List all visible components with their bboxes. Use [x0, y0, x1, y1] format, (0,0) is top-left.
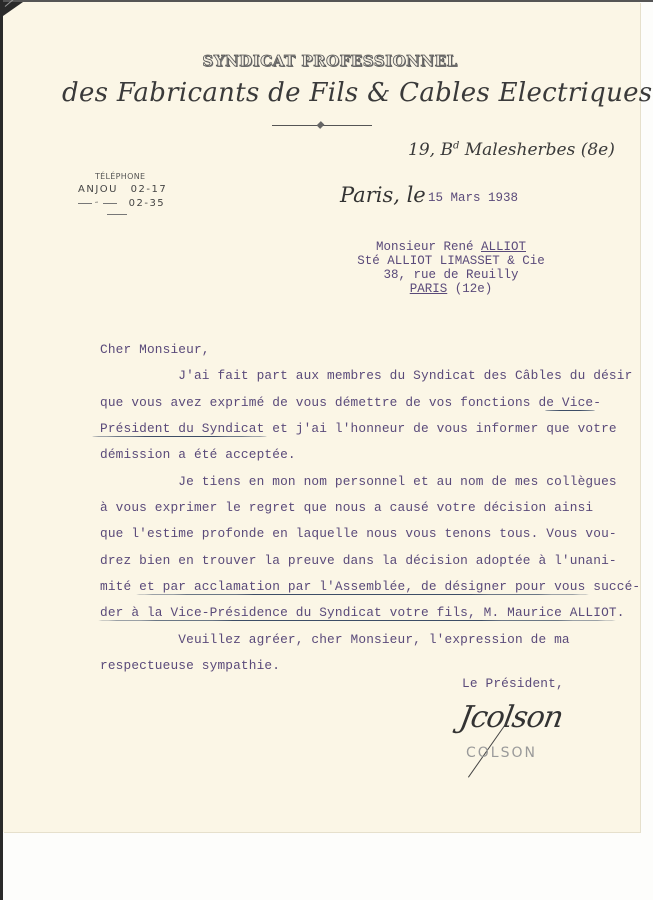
- body-line: mité et par acclamation par l'Assemblée,…: [100, 579, 640, 594]
- recipient-line-4: PARIS (12e): [300, 282, 602, 296]
- body-line: Je tiens en mon nom personnel et au nom …: [100, 474, 617, 489]
- pen-underline: [97, 620, 617, 621]
- letterhead-title: SYNDICAT PROFESSIONNEL: [170, 52, 490, 70]
- recipient-line-3: 38, rue de Reuilly: [300, 268, 602, 282]
- body-line: der à la Vice-Présidence du Syndicat vot…: [100, 605, 625, 620]
- body-line: à vous exprimer le regret que nous a cau…: [100, 500, 593, 515]
- body-line: démission a été acceptée.: [100, 447, 296, 462]
- telephone-exchange: ANJOU: [78, 184, 118, 195]
- salutation: Cher Monsieur,: [100, 342, 210, 357]
- body-line: que l'estime profonde en laquelle nous v…: [100, 526, 617, 541]
- dateline-place: Paris, le: [340, 183, 426, 207]
- telephone-line-2: “02-35: [78, 198, 178, 209]
- telephone-number: 02-35: [129, 198, 166, 209]
- ditto-dash: [103, 203, 117, 204]
- ditto-dash: [78, 203, 92, 204]
- recipient-salutation: Monsieur René: [376, 240, 481, 254]
- body-line: Président du Syndicat et j'ai l'honneur …: [100, 421, 617, 436]
- body-line: drez bien en trouver la preuve dans la d…: [100, 553, 617, 568]
- telephone-label: TÉLÉPHONE: [95, 172, 145, 181]
- address-number: 19, B: [408, 140, 453, 160]
- ditto-mark: “: [95, 201, 100, 208]
- pen-underline: [545, 410, 595, 411]
- recipient-line-1: Monsieur René ALLIOT: [300, 240, 602, 254]
- address-street: Malesherbes (8e): [459, 140, 615, 160]
- letterhead-address: 19, Bd Malesherbes (8e): [408, 140, 615, 160]
- telephone-divider: [107, 214, 127, 215]
- pencil-annotation: COLSON: [466, 745, 537, 761]
- letterhead-subtitle: des Fabricants de Fils & Cables Electriq…: [62, 78, 622, 108]
- body-line: Veuillez agréer, cher Monsieur, l'expres…: [100, 632, 570, 647]
- closing-title: Le Président,: [462, 676, 564, 691]
- recipient-block: Monsieur René ALLIOT Sté ALLIOT LIMASSET…: [300, 240, 602, 296]
- body-line: que vous avez exprimé de vous démettre d…: [100, 395, 601, 410]
- telephone-line-1: ANJOU 02-17: [78, 184, 167, 195]
- recipient-line-2: Sté ALLIOT LIMASSET & Cie: [300, 254, 602, 268]
- pen-underline: [135, 594, 590, 595]
- pen-underline: [92, 436, 267, 437]
- recipient-district: (12e): [447, 282, 492, 296]
- recipient-name: ALLIOT: [481, 240, 526, 254]
- body-line: J'ai fait part aux membres du Syndicat d…: [100, 368, 632, 383]
- recipient-city: PARIS: [410, 282, 448, 296]
- dateline-date: 15 Mars 1938: [428, 191, 518, 205]
- telephone-number: 02-17: [131, 184, 168, 195]
- signature: Jcolson: [457, 700, 565, 735]
- body-line: respectueuse sympathie.: [100, 658, 280, 673]
